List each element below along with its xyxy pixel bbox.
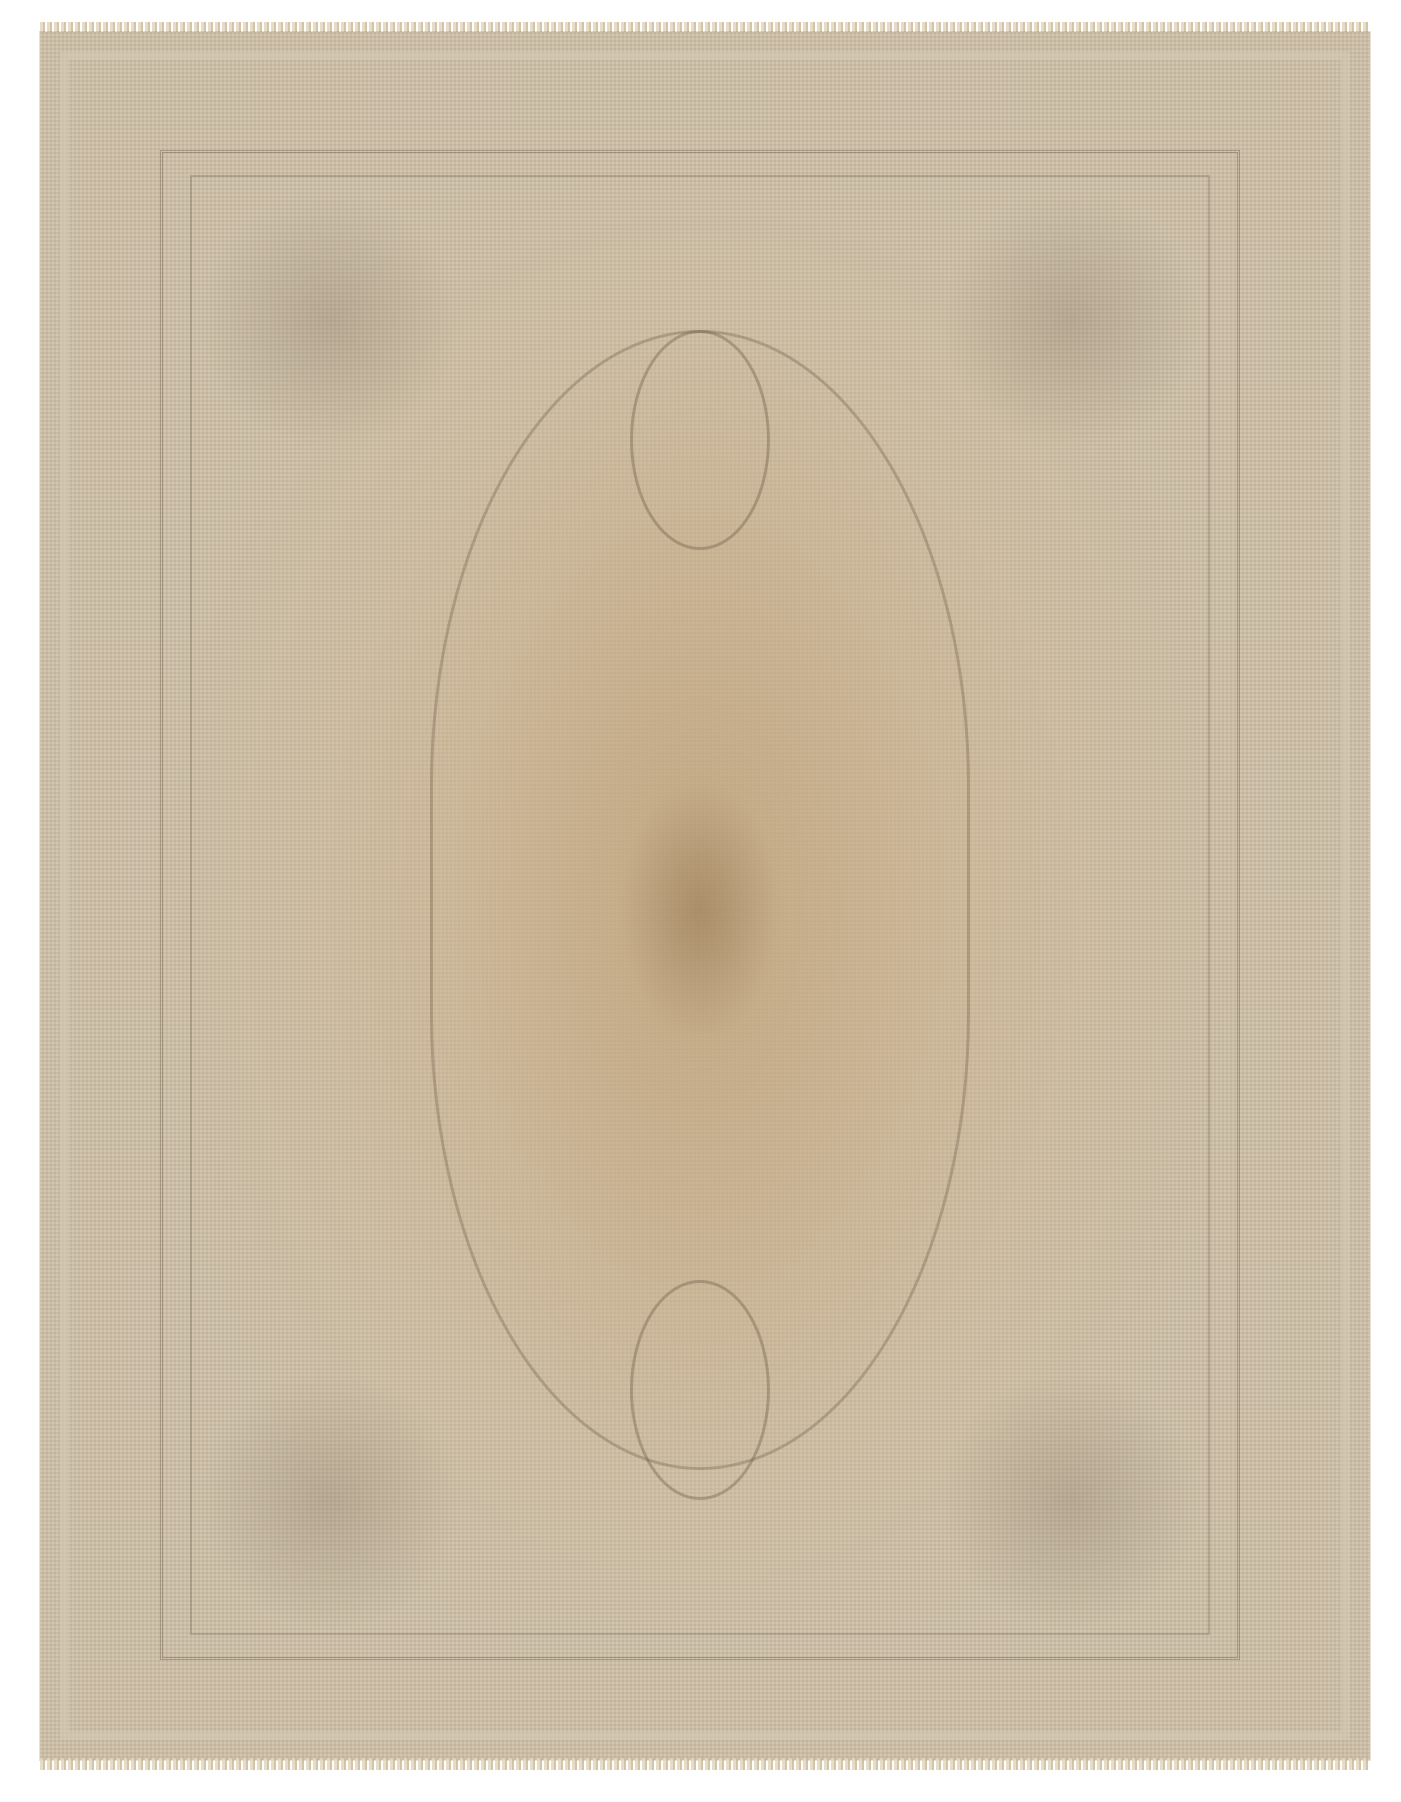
corner-motif-top-left — [200, 190, 460, 450]
corner-motif-bottom-left — [200, 1370, 460, 1630]
corner-motif-top-right — [940, 190, 1200, 450]
photo-canvas — [0, 0, 1401, 1802]
corner-motif-bottom-right — [940, 1370, 1200, 1630]
medallion-center-motif — [620, 780, 780, 1040]
medallion-bottom-pendant — [630, 1280, 770, 1500]
medallion-top-pendant — [630, 330, 770, 550]
rug-bottom-fringe — [40, 1758, 1370, 1770]
